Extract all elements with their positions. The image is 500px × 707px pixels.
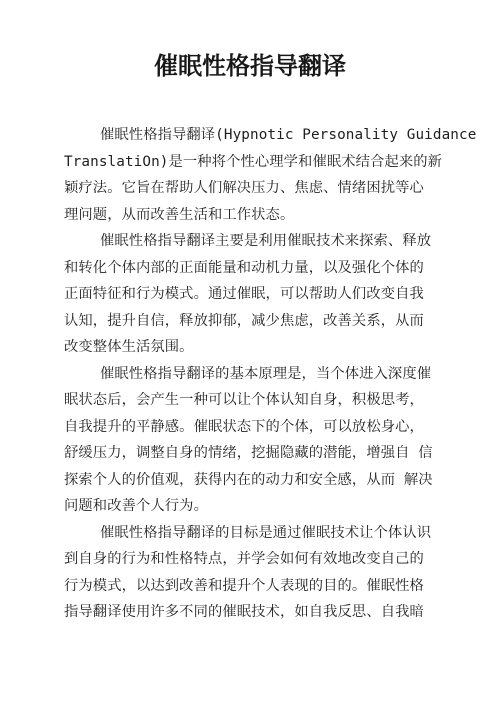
text-line: 行为模式，以达到改善和提升个人表现的目的。催眠性格 [64,573,470,600]
text-line: 催眠性格指导翻译(Hypnotic Personality Guidance [64,122,470,149]
text-line: 和转化个体内部的正面能量和动机力量，以及强化个体的 [64,255,470,282]
text-line: 催眠性格指导翻译的基本原理是，当个体进入深度催 [64,361,470,388]
text-line: 改变整体生活氛围。 [64,334,470,361]
text-line: 指导翻译使用许多不同的催眠技术，如自我反思、自我暗 [64,599,470,626]
text-line: 颖疗法。它旨在帮助人们解决压力、焦虑、情绪困扰等心 [64,175,470,202]
text-line: 探索个人的价值观，获得内在的动力和安全感，从而 解决 [64,467,470,494]
paragraph: 催眠性格指导翻译(Hypnotic Personality GuidanceTr… [64,122,470,228]
paragraph: 催眠性格指导翻译的目标是通过催眠技术让个体认识到自身的行为和性格特点，并学会如何… [64,520,470,626]
paragraph: 催眠性格指导翻译的基本原理是，当个体进入深度催眠状态后，会产生一种可以让个体认知… [64,361,470,520]
text-line: 理问题，从而改善生活和工作状态。 [64,202,470,229]
paragraph: 催眠性格指导翻译主要是利用催眠技术来探索、释放和转化个体内部的正面能量和动机力量… [64,228,470,361]
page-title: 催眠性格指导翻译 [0,50,500,84]
text-line: 催眠性格指导翻译的目标是通过催眠技术让个体认识 [64,520,470,547]
document-page: 催眠性格指导翻译 催眠性格指导翻译(Hypnotic Personality G… [0,0,500,707]
text-line: 正面特征和行为模式。通过催眠，可以帮助人们改变自我 [64,281,470,308]
text-line: 催眠性格指导翻译主要是利用催眠技术来探索、释放 [64,228,470,255]
text-line: 认知，提升自信，释放抑郁，减少焦虑，改善关系，从而 [64,308,470,335]
document-body: 催眠性格指导翻译(Hypnotic Personality GuidanceTr… [64,122,470,626]
text-line: TranslatiOn)是一种将个性心理学和催眠术结合起来的新 [64,149,470,176]
text-line: 到自身的行为和性格特点，并学会如何有效地改变自己的 [64,546,470,573]
text-line: 眠状态后，会产生一种可以让个体认知自身，积极思考， [64,387,470,414]
text-line: 自我提升的平静感。催眠状态下的个体，可以放松身心， [64,414,470,441]
text-line: 问题和改善个人行为。 [64,493,470,520]
text-line: 舒缓压力，调整自身的情绪，挖掘隐藏的潜能，增强自 信 [64,440,470,467]
